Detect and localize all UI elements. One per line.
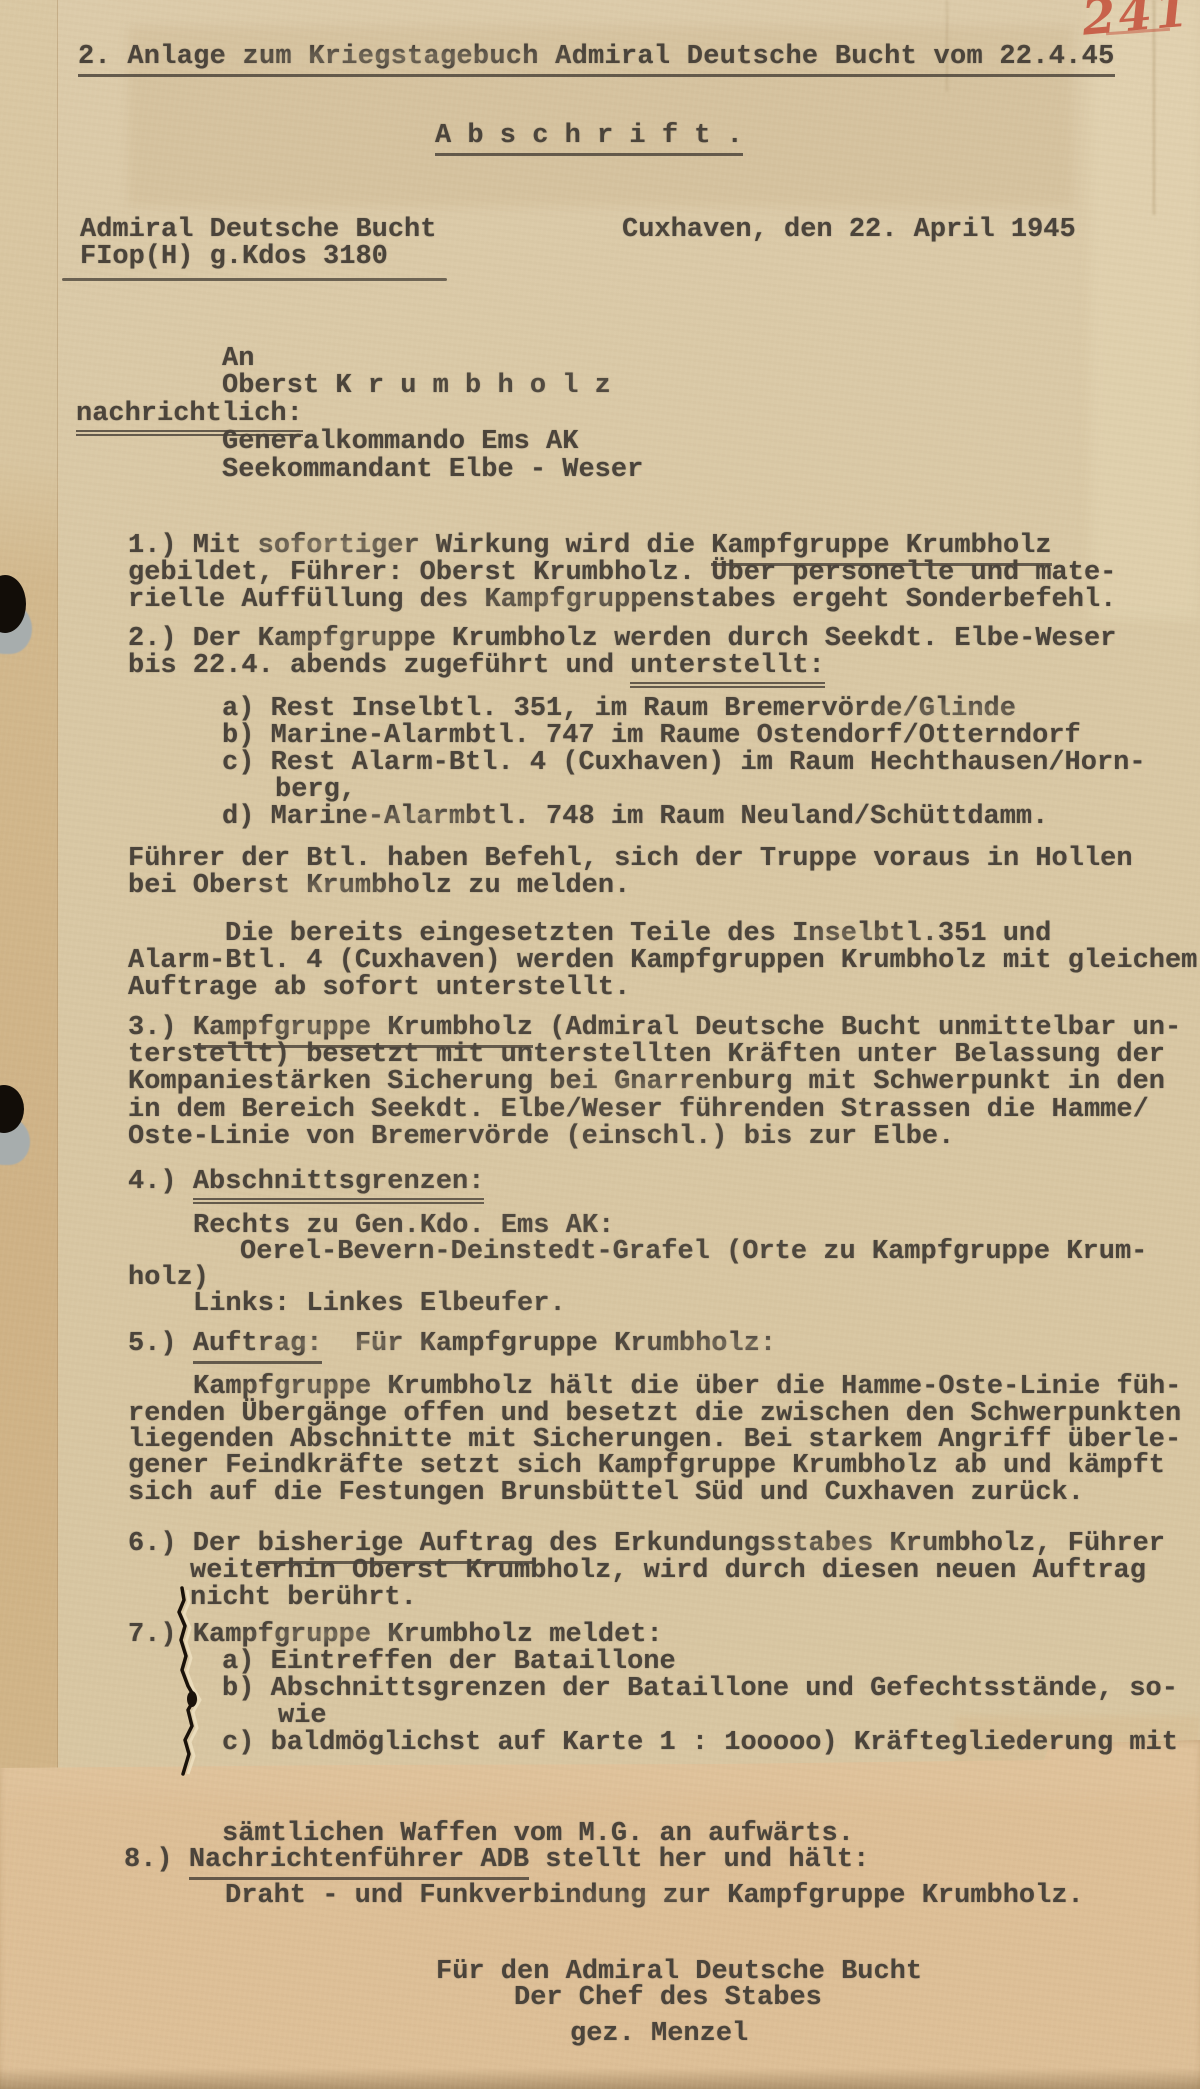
para4-line5: Links: Linkes Elbeufer. — [193, 1290, 566, 1318]
para1-line2: gebildet, Führer: Oberst Krumbholz. Über… — [128, 559, 1116, 587]
para4-line4: holz) — [128, 1264, 209, 1292]
paper-tear-mark — [168, 1586, 212, 1782]
para8-line1-rest: stellt her und hält: — [529, 1845, 869, 1875]
para3-number: 3.) — [128, 1013, 193, 1043]
para5-number: 5.) — [128, 1329, 193, 1359]
document-page: 2. Anlage zum Kriegstagebuch Admiral Deu… — [0, 0, 1200, 2089]
para5-heading-rest: Für Kampfgruppe Krumbholz: — [322, 1329, 776, 1359]
para2-line1: 2.) Der Kampfgruppe Krumbholz werden dur… — [128, 625, 1116, 653]
para2-item-b: b) Marine-Alarmbtl. 747 im Raume Ostendo… — [222, 722, 1081, 750]
para5-line5: gener Feindkräfte setzt sich Kampfgruppe… — [128, 1452, 1165, 1480]
closing-line1: Für den Admiral Deutsche Bucht — [436, 1958, 922, 1986]
title-text: 2. Anlage zum Kriegstagebuch Admiral Deu… — [78, 42, 1115, 77]
underlined-term-abschnittsgrenzen: Abschnittsgrenzen: — [193, 1167, 485, 1204]
para5-line3: renden Übergänge offen und besetzt die z… — [128, 1400, 1181, 1428]
para2-note-line5: Auftrage ab sofort unterstellt. — [128, 974, 630, 1002]
para2-item-c: c) Rest Alarm-Btl. 4 (Cuxhaven) im Raum … — [222, 749, 1146, 777]
para8-line2: Draht - und Funkverbindung zur Kampfgrup… — [225, 1882, 1084, 1910]
para7-item-c: c) baldmöglichst auf Karte 1 : 1ooooo) K… — [222, 1729, 1178, 1757]
para2-item-c-cont: berg, — [275, 776, 356, 804]
cc-recipient-2: Seekommandant Elbe - Weser — [222, 456, 643, 484]
recipient-name: Oberst K r u m b h o l z — [222, 372, 611, 400]
para3-line1-rest: (Admiral Deutsche Bucht unmittelbar un- — [533, 1013, 1181, 1043]
para3-line5: Oste-Linie von Bremervörde (einschl.) bi… — [128, 1123, 954, 1151]
para2-item-a: a) Rest Inselbtl. 351, im Raum Bremervör… — [222, 695, 1016, 723]
place-date: Cuxhaven, den 22. April 1945 — [622, 216, 1076, 244]
para6-line3: nicht berührt. — [190, 1584, 417, 1612]
issuer-ref: FIop(H) g.Kdos 3180 — [80, 243, 388, 271]
para3-line3: Kompaniestärken Sicherung bei Gnarrenbur… — [128, 1068, 1165, 1096]
para2-note-line4: Alarm-Btl. 4 (Cuxhaven) werden Kampfgrup… — [128, 947, 1197, 975]
title-line: 2. Anlage zum Kriegstagebuch Admiral Deu… — [78, 43, 1115, 71]
para5-heading: 5.) Auftrag: Für Kampfgruppe Krumbholz: — [128, 1330, 776, 1358]
para6-line1-rest: des Erkundungsstabes Krumbholz, Führer — [533, 1529, 1165, 1559]
para4-line3: Oerel-Bevern-Deinstedt-Grafel (Orte zu K… — [240, 1238, 1147, 1266]
para2-note-line3: Die bereits eingesetzten Teile des Insel… — [225, 920, 1051, 948]
para1-line1: 1.) Mit sofortiger Wirkung wird die Kamp… — [128, 532, 1052, 560]
issuer-name: Admiral Deutsche Bucht — [80, 216, 436, 244]
cc-recipient-1: Generalkommando Ems AK — [222, 428, 578, 456]
para2-note-line1: Führer der Btl. haben Befehl, sich der T… — [128, 845, 1133, 873]
closing-line2: Der Chef des Stabes — [514, 1984, 822, 2012]
para3-line1: 3.) Kampfgruppe Krumbholz (Admiral Deuts… — [128, 1014, 1181, 1042]
para2-line2-text: bis 22.4. abends zugeführt und — [128, 651, 630, 681]
para3-line4: in dem Bereich Seekdt. Elbe/Weser führen… — [128, 1096, 1149, 1124]
para7-item-b-cont: wie — [278, 1702, 327, 1730]
para8-line1: 8.) Nachrichtenführer ADB stellt her und… — [124, 1846, 869, 1874]
para7-continuation: sämtlichen Waffen vom M.G. an aufwärts. — [222, 1820, 854, 1848]
para8-number: 8.) — [124, 1845, 189, 1875]
recipient-to-label: An — [222, 345, 254, 373]
para7-item-b: b) Abschnittsgrenzen der Bataillone und … — [222, 1675, 1178, 1703]
copy-label-line: A b s c h r i f t . — [435, 122, 743, 150]
para1-line3: rielle Auffüllung des Kampfgruppenstabes… — [128, 586, 1116, 614]
underlined-term-nachrichtenfuehrer: Nachrichtenführer ADB — [189, 1845, 529, 1880]
underlined-term-unterstellt: unterstellt: — [630, 651, 824, 688]
underlined-term-auftrag: Auftrag: — [193, 1329, 323, 1364]
para7-item-a: a) Eintreffen der Bataillone — [222, 1648, 676, 1676]
signature-line: gez. Menzel — [570, 2020, 748, 2048]
para2-line2: bis 22.4. abends zugeführt und unterstel… — [128, 652, 825, 680]
copy-label: A b s c h r i f t . — [435, 121, 743, 156]
issuer-ref-underline — [62, 278, 447, 281]
para2-item-d: d) Marine-Alarmbtl. 748 im Raum Neuland/… — [222, 803, 1048, 831]
para5-line6: sich auf die Festungen Brunsbüttel Süd u… — [128, 1479, 1084, 1507]
para5-line2: Kampfgruppe Krumbholz hält die über die … — [193, 1373, 1181, 1401]
para3-line2: terstellt) besetzt mit unterstellten Krä… — [128, 1041, 1165, 1069]
para4-number: 4.) — [128, 1167, 193, 1197]
para4-heading: 4.) Abschnittsgrenzen: — [128, 1168, 484, 1196]
para5-line4: liegenden Abschnitte mit Sicherungen. Be… — [128, 1426, 1181, 1454]
para6-line1: 6.) Der bisherige Auftrag des Erkundungs… — [128, 1530, 1165, 1558]
para6-number: 6.) Der — [128, 1529, 258, 1559]
para2-note-line2: bei Oberst Krumbholz zu melden. — [128, 872, 630, 900]
para6-line2: weiterhin Oberst Krumbholz, wird durch d… — [190, 1557, 1146, 1585]
para1-line1-text: 1.) Mit sofortiger Wirkung wird die — [128, 531, 711, 561]
para4-line2: Rechts zu Gen.Kdo. Ems AK: — [193, 1212, 614, 1240]
cc-label-line: nachrichtlich: — [76, 400, 303, 428]
